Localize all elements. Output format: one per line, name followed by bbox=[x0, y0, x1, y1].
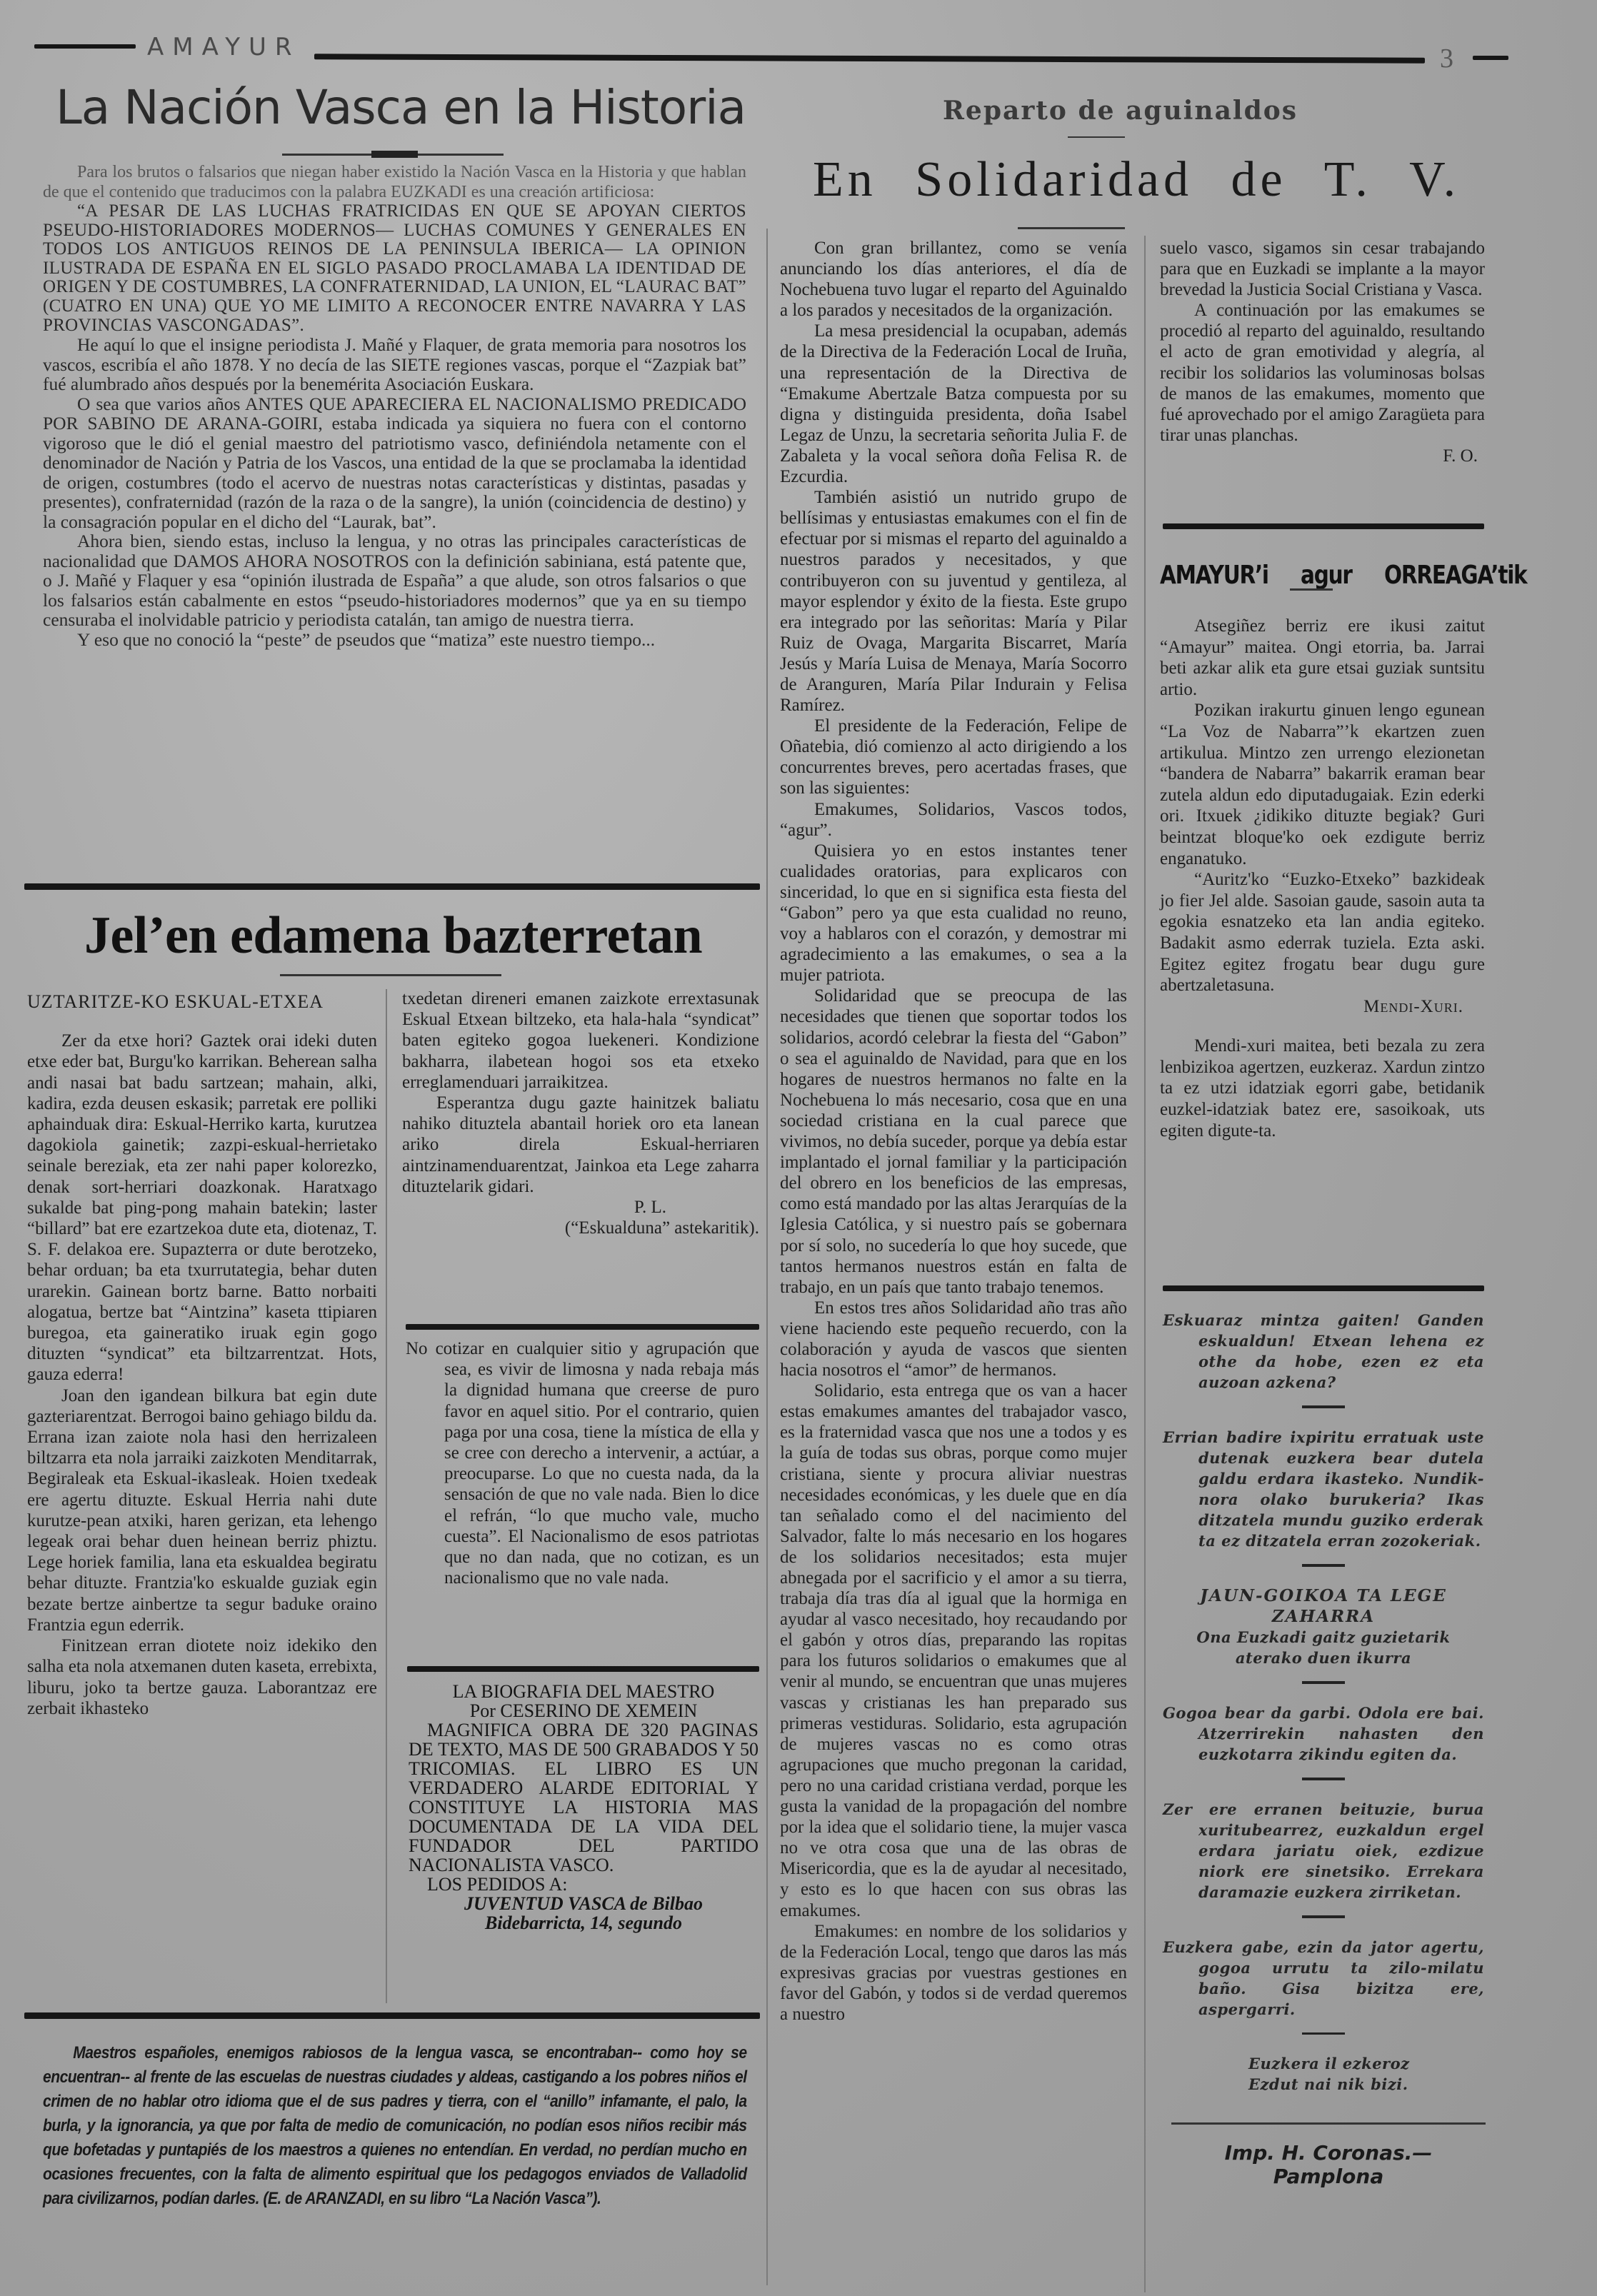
proverb: Errian badire ixpiritu erratuak uste dut… bbox=[1163, 1427, 1484, 1551]
paragraph: Esperantza dugu gazte hainitzek baliatu … bbox=[402, 1093, 759, 1197]
subhead: UZTARITZE-KO ESKUAL-ETXEA bbox=[27, 991, 377, 1012]
title-part: agur bbox=[1301, 561, 1352, 590]
quote-paragraph: “A PESAR DE LAS LUCHAS FRATRICIDAS EN QU… bbox=[43, 202, 746, 335]
ad-orders: LOS PEDIDOS A: bbox=[409, 1875, 759, 1894]
masthead-rule-left bbox=[34, 44, 136, 49]
article-jelen-col-left: UZTARITZE-KO ESKUAL-ETXEA Zer da etxe ho… bbox=[27, 991, 377, 1719]
column-divider bbox=[766, 229, 768, 2285]
headline-jelen: Jel’en edamena bazterretan bbox=[84, 906, 702, 966]
ad-line: Por CESERINO DE XEMEIN bbox=[409, 1701, 759, 1720]
footer-rule bbox=[1171, 2122, 1486, 2125]
paragraph: La mesa presidencial la ocupaban, además… bbox=[780, 321, 1127, 487]
proverb: Eskuaraz mintza gaiten! Ganden eskualdun… bbox=[1163, 1310, 1484, 1393]
headline-rule-center bbox=[371, 151, 418, 158]
headline-amayur: AMAYUR’i agur ORREAGA’tik bbox=[1160, 561, 1526, 590]
paragraph: Con gran brillantez, como se venía anunc… bbox=[780, 238, 1127, 321]
separator bbox=[1302, 1564, 1345, 1567]
column-divider bbox=[386, 989, 387, 2003]
ad-address: Bidebarricta, 14, segundo bbox=[409, 1913, 759, 1932]
article-jelen-col-right: txedetan direneri emanen zaizkote errext… bbox=[402, 988, 759, 1238]
paragraph: Ahora bien, siendo estas, incluso la len… bbox=[43, 531, 746, 630]
box-rule bbox=[406, 1324, 759, 1330]
separator bbox=[1302, 1778, 1345, 1780]
printer-credit: Imp. H. Coronas.—Pamplona bbox=[1171, 2141, 1486, 2188]
paragraph: suelo vasco, sigamos sin cesar trabajand… bbox=[1160, 238, 1485, 300]
separator bbox=[1302, 2032, 1345, 2035]
ad-line: LA BIOGRAFIA DEL MAESTRO bbox=[409, 1682, 759, 1701]
signature: P. L. bbox=[402, 1197, 759, 1218]
section-rule bbox=[1163, 523, 1484, 529]
masthead-rule bbox=[314, 54, 1425, 63]
paragraph: Solidaridad que se preocupa de las neces… bbox=[780, 986, 1127, 1297]
kicker-rule bbox=[1068, 136, 1125, 138]
article-solidaridad-col-left: Con gran brillantez, como se venía anunc… bbox=[780, 238, 1127, 2025]
ad-body: MAGNIFICA OBRA DE 320 PAGINAS DE TEXTO, … bbox=[409, 1720, 759, 1875]
masthead-rule-right bbox=[1473, 56, 1508, 60]
box-rule bbox=[407, 1666, 759, 1672]
verse-line: Euzkera il ezkeroz bbox=[1163, 2053, 1484, 2074]
motto-heading: JAUN-GOIKOA TA LEGE ZAHARRA bbox=[1163, 1585, 1484, 1627]
separator bbox=[1302, 1915, 1345, 1918]
headline-rule bbox=[1290, 588, 1333, 591]
verse-line: Ezdut nai nik bizi. bbox=[1163, 2074, 1484, 2095]
masthead-title: AMAYUR bbox=[147, 33, 301, 61]
paragraph: Quisiera yo en estos instantes tener cua… bbox=[780, 841, 1127, 986]
reply-paragraph: Mendi-xuri maitea, beti bezala zu zera l… bbox=[1160, 1036, 1485, 1141]
signature: F. O. bbox=[1160, 446, 1485, 466]
paragraph: Pozikan irakurtu ginuen lengo egunean “L… bbox=[1160, 700, 1485, 869]
paragraph: O sea que varios años ANTES QUE APARECIE… bbox=[43, 394, 746, 532]
title-part: ORREAGA’tik bbox=[1384, 561, 1526, 590]
paragraph: Atsegiñez berriz ere ikusi zaitut “Amayu… bbox=[1160, 616, 1485, 700]
paragraph: Solidario, esta entrega que os van a hac… bbox=[780, 1380, 1127, 1920]
motto-subheading: Ona Euzkadi gaitz guzietarik aterako due… bbox=[1163, 1627, 1484, 1668]
article-solidaridad-col-right: suelo vasco, sigamos sin cesar trabajand… bbox=[1160, 238, 1485, 466]
separator bbox=[1302, 1405, 1345, 1408]
box-cotizar: No cotizar en cualquier sitio y agrupaci… bbox=[406, 1338, 759, 1588]
paragraph: También asistió un nutrido grupo de bell… bbox=[780, 487, 1127, 716]
paragraph: Joan den igandean bilkura bat egin dute … bbox=[27, 1385, 377, 1635]
article-nacion-body: Para los brutos o falsarios que niegan h… bbox=[43, 163, 746, 649]
article-amayur-body: Atsegiñez berriz ere ikusi zaitut “Amayu… bbox=[1160, 616, 1485, 1141]
box-text: No cotizar en cualquier sitio y agrupaci… bbox=[444, 1338, 759, 1588]
quote-maestros: Maestros españoles, enemigos rabiosos de… bbox=[43, 2041, 747, 2211]
paragraph: Y eso que no conoció la “peste” de pseud… bbox=[43, 630, 746, 650]
paragraph: He aquí lo que el insigne periodista J. … bbox=[43, 335, 746, 394]
paragraph: Emakumes: en nombre de los solidarios y … bbox=[780, 1921, 1127, 2025]
column-divider bbox=[1144, 236, 1146, 2292]
source: (“Eskualduna” astekaritik). bbox=[402, 1218, 759, 1238]
paragraph: Zer da etxe hori? Gaztek orai ideki dute… bbox=[27, 1031, 377, 1385]
paragraph: En estos tres años Solidaridad año tras … bbox=[780, 1298, 1127, 1380]
section-rule bbox=[24, 2012, 760, 2019]
page-number: 3 bbox=[1440, 43, 1453, 74]
section-rule bbox=[1163, 1285, 1484, 1291]
paragraph: El presidente de la Federación, Felipe d… bbox=[780, 716, 1127, 798]
headline-rule bbox=[280, 974, 501, 976]
paragraph: Finitzean erran diotete noiz idekiko den… bbox=[27, 1635, 377, 1719]
headline-nacion-vasca: La Nación Vasca en la Historia bbox=[56, 80, 746, 135]
paragraph: txedetan direneri emanen zaizkote errext… bbox=[402, 988, 759, 1093]
proverbs-block: Eskuaraz mintza gaiten! Ganden eskualdun… bbox=[1163, 1310, 1484, 2095]
proverb: Zer ere erranen beituzie, burua xuritube… bbox=[1163, 1799, 1484, 1903]
newspaper-page: AMAYUR 3 La Nación Vasca en la Historia … bbox=[0, 0, 1597, 2296]
proverb: Euzkera gabe, ezin da jator agertu, gogo… bbox=[1163, 1937, 1484, 2020]
quote-text: Maestros españoles, enemigos rabiosos de… bbox=[43, 2041, 747, 2211]
headline-rule bbox=[1018, 227, 1125, 229]
ad-biografia: LA BIOGRAFIA DEL MAESTRO Por CESERINO DE… bbox=[409, 1682, 759, 1932]
separator bbox=[1302, 1681, 1345, 1684]
paragraph: “Auritz'ko “Euzko-Etxeko” bazkideak jo f… bbox=[1160, 869, 1485, 996]
headline-solidaridad: En Solidaridad de T. V. bbox=[813, 151, 1460, 209]
title-part: AMAYUR’i bbox=[1160, 561, 1268, 590]
signature: Mendi-Xuri. bbox=[1160, 996, 1485, 1018]
kicker-reparto: Reparto de aguinaldos bbox=[943, 96, 1298, 126]
proverb: Gogoa bear da garbi. Odola ere bai. Atze… bbox=[1163, 1703, 1484, 1765]
paragraph: A continuación por las emakumes se proce… bbox=[1160, 300, 1485, 446]
paragraph: Emakumes, Solidarios, Vascos todos, “agu… bbox=[780, 799, 1127, 841]
paragraph: Para los brutos o falsarios que niegan h… bbox=[43, 163, 746, 202]
section-rule bbox=[24, 883, 760, 890]
ad-publisher: JUVENTUD VASCA de Bilbao bbox=[409, 1894, 759, 1913]
